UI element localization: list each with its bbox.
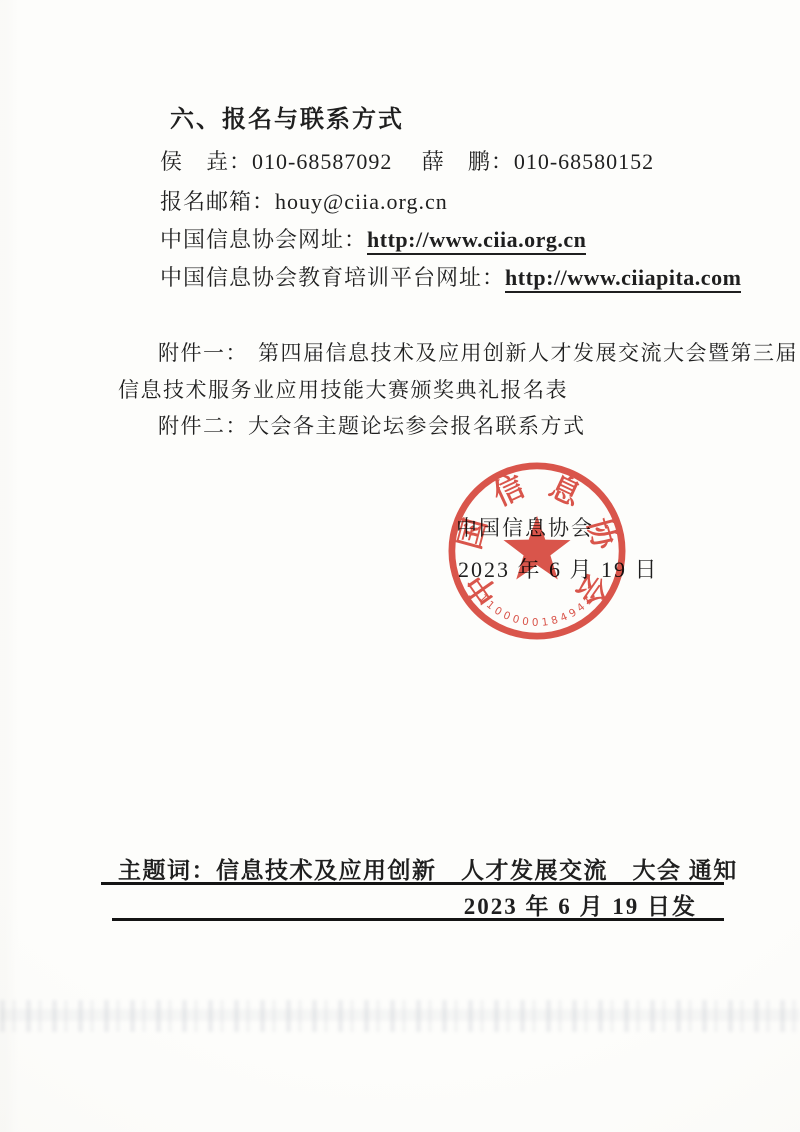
- email-label: 报名邮箱：: [160, 189, 275, 214]
- footer-divider-bottom: [112, 918, 724, 921]
- platform-url-link: http://www.ciiapita.com: [505, 265, 741, 293]
- footer-divider-top: [101, 882, 724, 885]
- subject-keywords-line: 主题词：信息技术及应用创新 人才发展交流 大会 通知: [118, 852, 738, 885]
- page-bleedthrough-smudge: [0, 1000, 800, 1032]
- website-url-link: http://www.ciia.org.cn: [367, 227, 586, 255]
- contact-phone-line: 侯 垚：010-68587092 薛 鹏：010-68580152: [160, 145, 654, 176]
- platform-line: 中国信息协会教育培训平台网址：http://www.ciiapita.com: [160, 261, 741, 292]
- signature-org-name: 中国信息协会: [456, 512, 594, 542]
- section-heading: 六、报名与联系方式: [170, 99, 404, 134]
- email-line: 报名邮箱：houy@ciia.org.cn: [160, 185, 448, 216]
- signature-date: 2023 年 6 月 19 日: [458, 553, 659, 584]
- scanned-notice-page: 六、报名与联系方式 侯 垚：010-68587092 薛 鹏：010-68580…: [0, 0, 800, 1132]
- official-seal-stamp: 中 国 信 息 协 会 1100000184941: [428, 442, 646, 660]
- svg-text:1100000184941: 1100000184941: [477, 592, 598, 629]
- subject-label: 主题词：: [118, 858, 216, 883]
- issue-date-line: 2023 年 6 月 19 日发: [400, 888, 697, 921]
- attachment2-label: 附件二：: [158, 414, 248, 438]
- attachment1-text-line1: 第四届信息技术及应用创新人才发展交流大会暨第三届: [258, 341, 798, 365]
- email-value: houy@ciia.org.cn: [275, 189, 448, 214]
- attachment2-text: 大会各主题论坛参会报名联系方式: [248, 414, 586, 438]
- attachment1-line1: 附件一：第四届信息技术及应用创新人才发展交流大会暨第三届: [158, 337, 798, 367]
- attachment1-label: 附件一：: [158, 341, 248, 365]
- subject-terms: 信息技术及应用创新 人才发展交流 大会 通知: [216, 858, 738, 883]
- website-line: 中国信息协会网址：http://www.ciia.org.cn: [160, 223, 586, 254]
- seal-serial-number: 1100000184941: [477, 592, 598, 629]
- seal-ring: [452, 466, 622, 636]
- attachment1-line2: 信息技术服务业应用技能大赛颁奖典礼报名表: [118, 374, 568, 404]
- attachment2-line: 附件二：大会各主题论坛参会报名联系方式: [158, 410, 586, 440]
- platform-label: 中国信息协会教育培训平台网址：: [160, 265, 505, 290]
- seal-ring-char: 信: [488, 469, 530, 513]
- seal-ring-char: 息: [544, 469, 586, 513]
- website-label: 中国信息协会网址：: [160, 227, 367, 252]
